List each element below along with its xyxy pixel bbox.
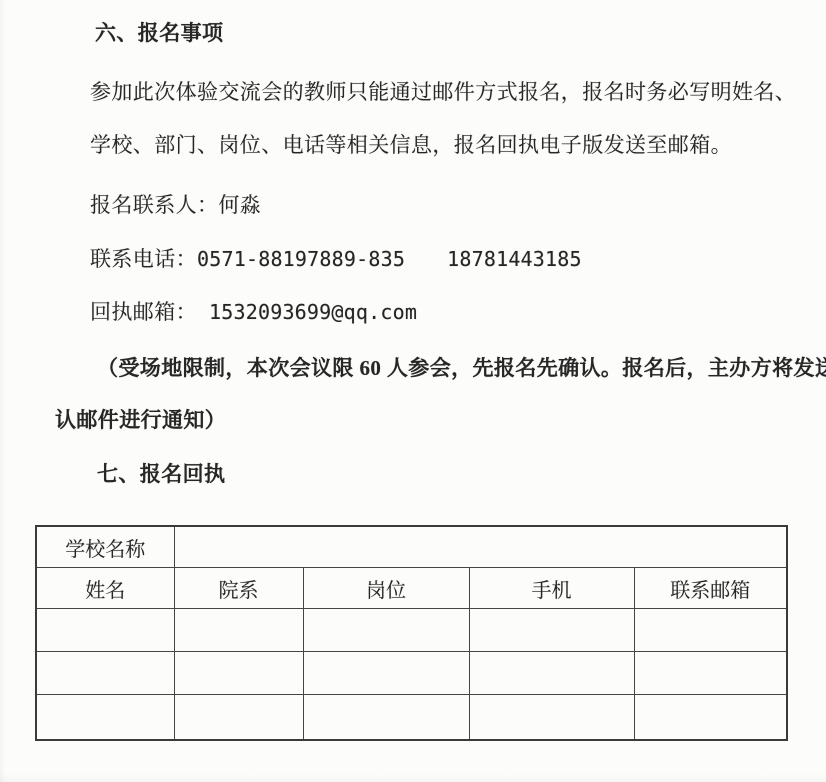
registration-receipt-table: 学校名称 姓名 院系 岗位 手机 联系邮箱 <box>35 525 788 741</box>
paragraph-line-1: 参加此次体验交流会的教师只能通过邮件方式报名，报名时务必写明姓名、 <box>90 78 796 106</box>
empty-cell <box>36 652 174 695</box>
column-header-row: 姓名 院系 岗位 手机 联系邮箱 <box>36 568 787 609</box>
empty-cell <box>303 609 469 652</box>
column-header-mobile: 手机 <box>469 568 634 609</box>
school-name-label-cell: 学校名称 <box>36 526 174 568</box>
capacity-note-line-2: 认邮件进行通知） <box>55 406 226 434</box>
empty-cell <box>469 652 634 695</box>
empty-cell <box>174 652 303 695</box>
empty-row-2 <box>36 652 787 695</box>
phone-number-2: 18781443185 <box>447 247 582 271</box>
section7-heading: 七、报名回执 <box>97 460 225 488</box>
contact-person-value: 何淼 <box>218 193 261 217</box>
phone-number-1: 0571-88197889-835 <box>197 247 405 271</box>
empty-cell <box>174 695 303 741</box>
school-name-row: 学校名称 <box>36 526 787 568</box>
scanned-document-page: 六、报名事项 参加此次体验交流会的教师只能通过邮件方式报名，报名时务必写明姓名、… <box>0 0 826 782</box>
school-name-value-cell <box>174 526 787 568</box>
column-header-email: 联系邮箱 <box>634 568 787 609</box>
empty-row-1 <box>36 609 787 652</box>
contact-person-line: 报名联系人：何淼 <box>90 191 261 219</box>
email-line: 回执邮箱：1532093699@qq.com <box>90 298 417 326</box>
phone-label: 联系电话： <box>90 247 197 271</box>
capacity-note-line-1: （受场地限制，本次会议限 60 人参会，先报名先确认。报名后，主办方将发送确 <box>97 354 826 382</box>
empty-cell <box>469 609 634 652</box>
empty-cell <box>303 695 469 741</box>
contact-person-label: 报名联系人： <box>90 193 218 217</box>
email-value: 1532093699@qq.com <box>209 300 417 324</box>
empty-cell <box>469 695 634 741</box>
column-header-position: 岗位 <box>303 568 469 609</box>
empty-cell <box>634 695 787 741</box>
phone-line: 联系电话：0571-88197889-83518781443185 <box>90 245 582 273</box>
empty-cell <box>634 652 787 695</box>
paragraph-line-2: 学校、部门、岗位、电话等相关信息，报名回执电子版发送至邮箱。 <box>90 131 732 159</box>
column-header-name: 姓名 <box>36 568 174 609</box>
empty-cell <box>36 695 174 741</box>
section6-heading: 六、报名事项 <box>95 19 223 47</box>
empty-cell <box>36 609 174 652</box>
empty-cell <box>634 609 787 652</box>
email-label: 回执邮箱： <box>90 300 197 324</box>
empty-cell <box>174 609 303 652</box>
empty-row-3 <box>36 695 787 741</box>
empty-cell <box>303 652 469 695</box>
column-header-department: 院系 <box>174 568 303 609</box>
